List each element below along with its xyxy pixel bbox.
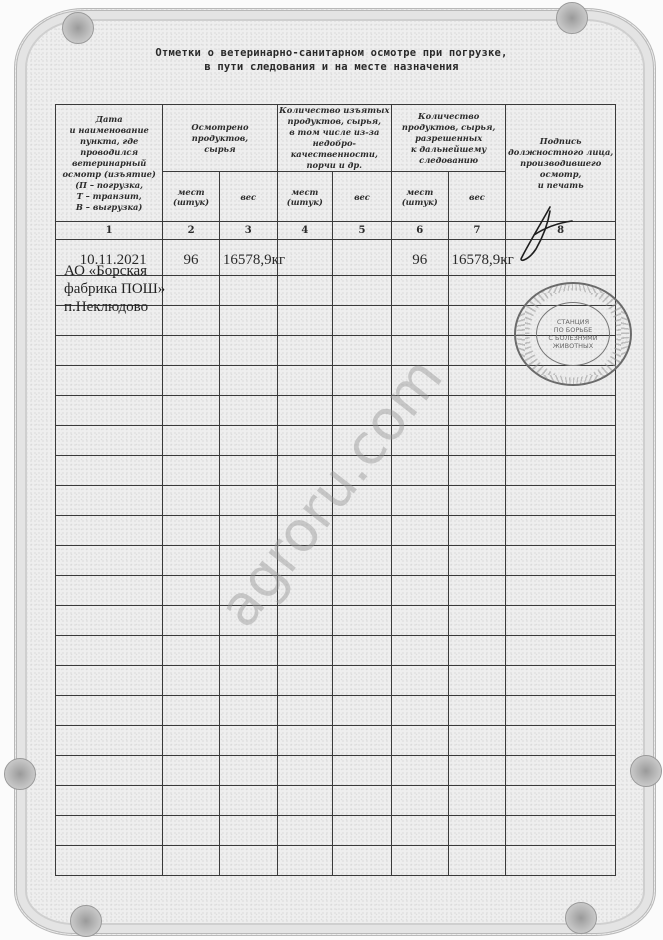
subheader-inspected-weight: вес (219, 172, 277, 222)
empty-cell (391, 666, 448, 696)
empty-cell (163, 636, 220, 666)
empty-cell (163, 666, 220, 696)
stamp-center-text: СТАНЦИЯПО БОРЬБЕС БОЛЕЗНЯМИЖИВОТНЫХ (536, 302, 610, 366)
empty-cell (163, 426, 220, 456)
empty-cell (163, 396, 220, 426)
header-date-place: Датаи наименованиепункта, гдепроводилсяв… (56, 105, 163, 222)
empty-cell (56, 516, 163, 546)
column-number-4: 4 (277, 222, 332, 240)
empty-cell (506, 456, 616, 486)
empty-cell (506, 696, 616, 726)
empty-cell (219, 696, 277, 726)
empty-cell (333, 576, 392, 606)
cell-inspected-places: 96 (163, 240, 220, 276)
empty-cell (277, 666, 332, 696)
empty-cell (277, 846, 332, 876)
empty-cell (391, 576, 448, 606)
empty-cell (163, 786, 220, 816)
empty-cell (56, 606, 163, 636)
empty-cell (219, 396, 277, 426)
empty-cell (163, 366, 220, 396)
empty-cell (506, 546, 616, 576)
empty-cell (163, 276, 220, 306)
empty-cell (163, 546, 220, 576)
empty-cell (56, 636, 163, 666)
empty-cell (448, 786, 506, 816)
empty-cell (448, 846, 506, 876)
empty-cell (448, 396, 506, 426)
empty-cell (391, 516, 448, 546)
empty-cell (448, 456, 506, 486)
empty-cell (219, 756, 277, 786)
empty-cell (506, 486, 616, 516)
empty-cell (391, 456, 448, 486)
empty-cell (448, 546, 506, 576)
empty-cell (56, 816, 163, 846)
empty-cell (448, 696, 506, 726)
empty-cell (56, 846, 163, 876)
empty-cell (448, 306, 506, 336)
empty-cell (506, 396, 616, 426)
table-row (56, 396, 616, 426)
empty-cell (448, 576, 506, 606)
empty-cell (219, 486, 277, 516)
empty-cell (448, 486, 506, 516)
empty-cell (219, 636, 277, 666)
corner-ornament-bottom-left (70, 905, 102, 937)
cell-withdrawn-places (277, 240, 332, 276)
empty-cell (391, 306, 448, 336)
empty-cell (219, 726, 277, 756)
empty-cell (219, 846, 277, 876)
empty-cell (506, 516, 616, 546)
empty-cell (333, 666, 392, 696)
empty-cell (391, 816, 448, 846)
cell-withdrawn-weight (333, 240, 392, 276)
empty-cell (391, 486, 448, 516)
empty-cell (277, 696, 332, 726)
empty-cell (391, 546, 448, 576)
empty-cell (333, 336, 392, 366)
empty-cell (56, 756, 163, 786)
empty-cell (163, 486, 220, 516)
empty-cell (56, 486, 163, 516)
empty-cell (163, 516, 220, 546)
empty-cell (448, 276, 506, 306)
empty-cell (277, 396, 332, 426)
empty-cell (391, 636, 448, 666)
empty-cell (333, 636, 392, 666)
empty-cell (219, 666, 277, 696)
empty-cell (277, 606, 332, 636)
table-row (56, 666, 616, 696)
empty-cell (277, 756, 332, 786)
empty-cell (219, 336, 277, 366)
empty-cell (277, 816, 332, 846)
header-signature: Подписьдолжностного лица,производившегоо… (506, 105, 616, 222)
empty-cell (391, 726, 448, 756)
empty-cell (333, 276, 392, 306)
empty-cell (277, 306, 332, 336)
table-row (56, 786, 616, 816)
empty-cell (506, 426, 616, 456)
corner-ornament-top-left (62, 12, 94, 44)
empty-cell (56, 546, 163, 576)
empty-cell (333, 816, 392, 846)
subheader-permitted-weight: вес (448, 172, 506, 222)
empty-cell (391, 786, 448, 816)
table-row (56, 636, 616, 666)
empty-cell (506, 846, 616, 876)
empty-cell (219, 366, 277, 396)
table-row (56, 696, 616, 726)
empty-cell (163, 726, 220, 756)
empty-cell (391, 696, 448, 726)
empty-cell (448, 636, 506, 666)
empty-cell (163, 456, 220, 486)
cell-permitted-places: 96 (391, 240, 448, 276)
empty-cell (333, 306, 392, 336)
empty-cell (56, 696, 163, 726)
corner-ornament-left (4, 758, 36, 790)
empty-cell (448, 606, 506, 636)
table-row (56, 756, 616, 786)
document-title-line2: в пути следования и на месте назначения (0, 61, 663, 73)
empty-cell (56, 786, 163, 816)
empty-cell (56, 456, 163, 486)
empty-cell (391, 846, 448, 876)
empty-cell (506, 756, 616, 786)
empty-cell (163, 336, 220, 366)
table-row (56, 846, 616, 876)
empty-cell (506, 636, 616, 666)
empty-cell (56, 366, 163, 396)
empty-cell (506, 606, 616, 636)
header-withdrawn: Количество изъятыхпродуктов, сырья,в том… (277, 105, 391, 172)
empty-cell (448, 426, 506, 456)
empty-cell (163, 696, 220, 726)
empty-cell (163, 606, 220, 636)
empty-cell (333, 696, 392, 726)
table-row (56, 816, 616, 846)
column-number-5: 5 (333, 222, 392, 240)
header-inspected: Осмотренопродуктов,сырья (163, 105, 277, 172)
empty-cell (219, 306, 277, 336)
empty-cell (219, 786, 277, 816)
empty-cell (333, 546, 392, 576)
empty-cell (448, 756, 506, 786)
empty-cell (333, 756, 392, 786)
empty-cell (506, 726, 616, 756)
empty-cell (333, 846, 392, 876)
empty-cell (448, 816, 506, 846)
empty-cell (56, 666, 163, 696)
empty-cell (277, 636, 332, 666)
table-row (56, 726, 616, 756)
empty-cell (219, 276, 277, 306)
empty-cell (448, 366, 506, 396)
corner-ornament-top-right (556, 2, 588, 34)
column-number-2: 2 (163, 222, 220, 240)
empty-cell (163, 756, 220, 786)
column-number-6: 6 (391, 222, 448, 240)
empty-cell (506, 666, 616, 696)
empty-cell (448, 726, 506, 756)
empty-cell (219, 816, 277, 846)
empty-cell (333, 786, 392, 816)
empty-cell (219, 456, 277, 486)
table-row (56, 546, 616, 576)
empty-cell (333, 606, 392, 636)
subheader-withdrawn-places: мест(штук) (277, 172, 332, 222)
empty-cell (56, 336, 163, 366)
signature-icon (510, 205, 580, 265)
empty-cell (506, 786, 616, 816)
cell-inspected-weight: 16578,9кг (219, 240, 277, 276)
subheader-permitted-places: мест(штук) (391, 172, 448, 222)
empty-cell (448, 666, 506, 696)
empty-cell (391, 756, 448, 786)
empty-cell (163, 306, 220, 336)
official-stamp: СТАНЦИЯПО БОРЬБЕС БОЛЕЗНЯМИЖИВОТНЫХ (514, 282, 632, 386)
empty-cell (333, 726, 392, 756)
subheader-inspected-places: мест(штук) (163, 172, 220, 222)
empty-cell (56, 576, 163, 606)
empty-cell (163, 816, 220, 846)
corner-ornament-right (630, 755, 662, 787)
empty-cell (391, 606, 448, 636)
empty-cell (277, 336, 332, 366)
empty-cell (219, 426, 277, 456)
empty-cell (277, 366, 332, 396)
table-row (56, 576, 616, 606)
cell-permitted-weight: 16578,9кг (448, 240, 506, 276)
document-title-line1: Отметки о ветеринарно-санитарном осмотре… (0, 47, 663, 59)
subheader-withdrawn-weight: вес (333, 172, 392, 222)
empty-cell (506, 816, 616, 846)
empty-cell (56, 726, 163, 756)
empty-cell (56, 396, 163, 426)
entry-place-name: АО «Борскаяфабрика ПОШ»п.Неклюдово (64, 262, 165, 316)
empty-cell (277, 786, 332, 816)
column-number-7: 7 (448, 222, 506, 240)
empty-cell (448, 516, 506, 546)
empty-cell (448, 336, 506, 366)
empty-cell (56, 426, 163, 456)
empty-cell (277, 726, 332, 756)
empty-cell (391, 276, 448, 306)
table-row (56, 606, 616, 636)
column-number-1: 1 (56, 222, 163, 240)
header-permitted: Количествопродуктов, сырья,разрешенныхк … (391, 105, 505, 172)
empty-cell (506, 576, 616, 606)
empty-cell (163, 846, 220, 876)
column-number-3: 3 (219, 222, 277, 240)
empty-cell (277, 276, 332, 306)
corner-ornament-bottom-right (565, 902, 597, 934)
